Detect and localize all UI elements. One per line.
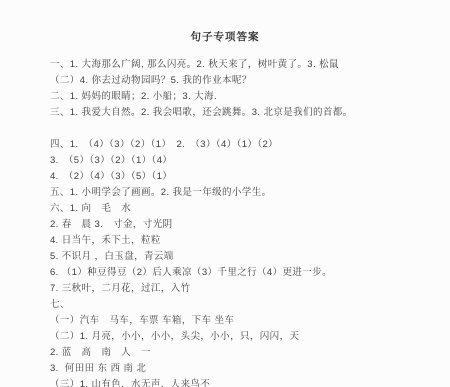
answer-line: 三、1. 我爱大自然。2. 我会唱歌，还会跳舞。3. 北京是我们的首都。: [50, 105, 440, 121]
answer-line: 4. （2）（4）（3）（5）（1）: [50, 169, 440, 185]
answer-line: （三）1. 山有色，水无声，人来鸟不: [50, 377, 440, 387]
answer-line: 六、1. 向 毛 水: [50, 201, 440, 217]
answer-sheet: 句子专项答案 一、1. 大海那么广阔, 那么闪亮。2. 秋天来了，树叶黄了。3.…: [0, 0, 450, 387]
answer-line: 二、1. 妈妈的眼睛；2. 小船；3. 大海.: [50, 89, 440, 105]
answer-line: 七、: [50, 297, 440, 313]
answer-line: 3. 何田田 东 西 南 北: [50, 361, 440, 377]
answer-line: 2. 春 晨 3. 寸金，寸光阴: [50, 217, 440, 233]
answer-line: 一、1. 大海那么广阔, 那么闪亮。2. 秋天来了，树叶黄了。3. 松鼠: [50, 57, 440, 73]
answer-line: （二）4. 你去过动物园吗？5. 我的作业本呢？: [50, 73, 440, 89]
answer-line: （二）1. 月亮，小小，小小，头尖，小小，只，闪闪，天: [50, 329, 440, 345]
answer-line: 5. 不识月 ，白玉盘，青云端: [50, 249, 440, 265]
answer-line: 五、1. 小明学会了画画。2. 我是一年级的小学生。: [50, 185, 440, 201]
page-title: 句子专项答案: [0, 29, 450, 45]
answer-line: 6. （1）种豆得豆（2）后人乘凉（3）千里之行（4）更进一步。: [50, 265, 440, 281]
answer-line: 7. 三秋叶，二月花，过江，入竹: [50, 281, 440, 297]
answer-line: （一）汽车 马车，车票 车箱，下车 坐车: [50, 313, 440, 329]
answer-line: 2. 蓝 高 南 人 一: [50, 345, 440, 361]
answer-line: 4. 日当午，禾下土，粒粒: [50, 233, 440, 249]
document-page: 句子专项答案 一、1. 大海那么广阔, 那么闪亮。2. 秋天来了，树叶黄了。3.…: [0, 0, 450, 387]
answer-line: 3. （5）（3）（2）（1）（4）: [50, 153, 440, 169]
answer-line: [50, 121, 440, 137]
answer-lines: 一、1. 大海那么广阔, 那么闪亮。2. 秋天来了，树叶黄了。3. 松鼠（二）4…: [0, 57, 450, 387]
answer-line: 四、1. （4）（3）（2）（1） 2. （3）（4）（1）（2）: [50, 137, 440, 153]
